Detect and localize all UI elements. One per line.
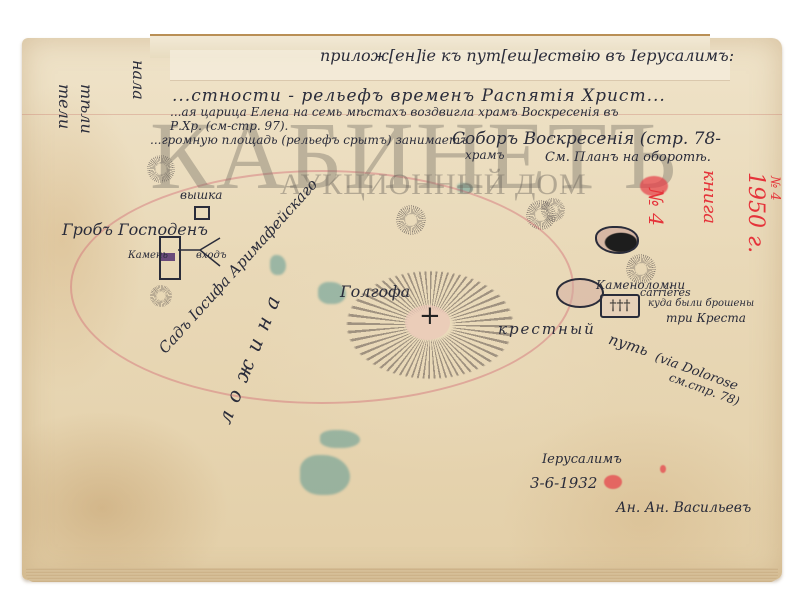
red-ink-drop [660,465,666,473]
date-label: 3-6-1932 [530,474,597,492]
tower-marker [194,206,210,220]
margin-word: тѣли [77,84,96,134]
red-number: № 4 [767,176,782,201]
header-line-1: ...стности - рельефъ временъ Распятія Хр… [172,86,666,106]
way-of-cross-word-1: крестный [498,320,596,338]
header-line-4: ...громную площадь (рельефъ срытъ) заним… [150,133,468,147]
red-book-label: книга [699,170,720,224]
temple-label: храмъ [465,148,505,162]
golgotha-label: Голгофа [340,282,410,301]
crosses-note-1: куда были брошены [648,298,754,309]
cathedral-label: Соборъ Воскресенія (стр. 78- [452,129,721,149]
red-archive-mark: № 4 [644,188,668,226]
header-line-3: Р.Хр. (см-стр. 97). [170,119,288,133]
blue-ink-stain [300,455,350,495]
watermark-subtitle: АУКЦИОННЫЙ ДОМ [280,168,587,202]
red-year: 1950 г. [743,172,768,253]
page-stack-edge [26,568,778,582]
margin-word: тели [55,84,74,129]
header-line-2: ...ая царица Елена на семь мѣстахъ воздв… [170,105,619,119]
crosses-note-2: три Креста [666,311,746,325]
margin-word: нала [129,60,148,100]
title-line: прилож[ен]іе къ пут[еш]ествію въ Іерусал… [320,46,734,65]
cave-marker [595,226,639,254]
red-ink-blot [604,475,622,489]
tower-label: вышка [180,188,222,202]
place-label: Іерусалимъ [542,452,622,467]
blue-ink-stain [320,430,360,448]
stone-label: Камень [128,250,168,261]
signature: Ан. Ан. Васильевъ [616,500,751,516]
cross-icon: + [419,301,441,331]
entrance-lines [176,236,226,276]
plan-note: См. Планъ на оборотѣ. [545,150,711,165]
three-crosses-icon: ††† [600,294,640,318]
